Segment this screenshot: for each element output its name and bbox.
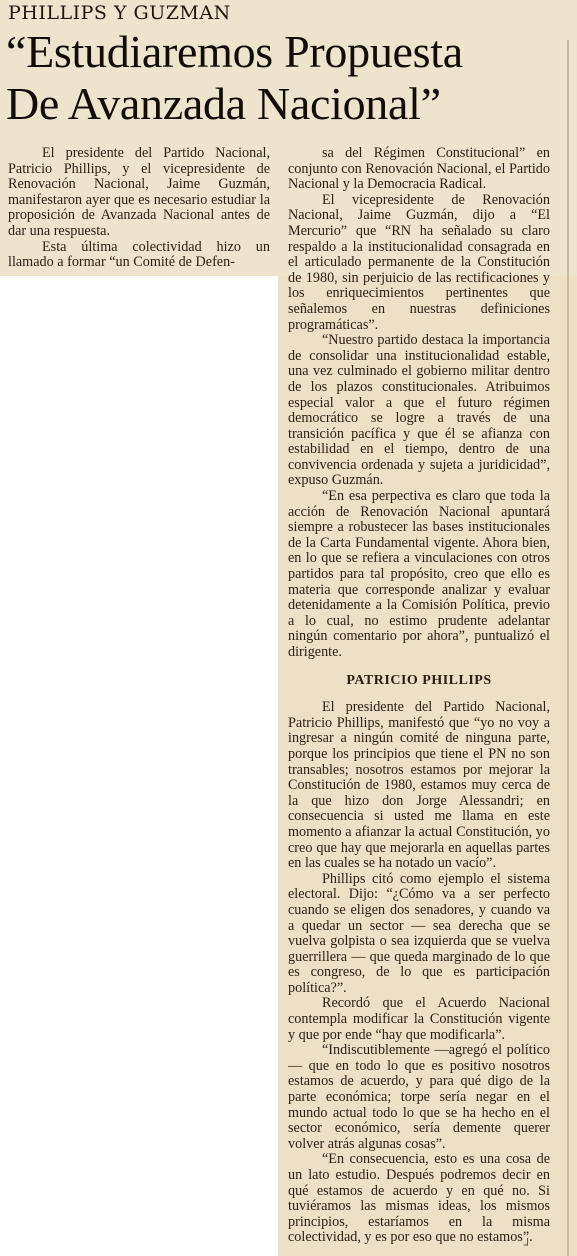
paragraph: Recordó que el Acuerdo Nacional contempl…: [288, 996, 550, 1043]
paragraph: El vicepresidente de Renovación Nacional…: [288, 193, 550, 333]
paragraph: “En consecuencia, esto es una cosa de un…: [288, 1152, 550, 1246]
paragraph: “En esa perpectiva es claro que toda la …: [288, 489, 550, 661]
scan-mark-icon: ┘: [524, 1238, 538, 1252]
paragraph: sa del Régimen Constitucional” en conjun…: [288, 146, 550, 193]
left-column: El presidente del Partido Nacional, Patr…: [8, 146, 270, 271]
paragraph: Esta última colectividad hizo un llamado…: [8, 240, 270, 271]
article-headline: “Estudiaremos Propuesta De Avanzada Naci…: [6, 26, 576, 130]
headline-line-2: De Avanzada Nacional”: [6, 78, 576, 130]
right-column: sa del Régimen Constitucional” en conjun…: [288, 146, 550, 1246]
paragraph: El presidente del Partido Nacional, Patr…: [8, 146, 270, 240]
clipping-edge: [567, 40, 569, 1256]
paragraph: Phillips citó como ejemplo el sistema el…: [288, 872, 550, 997]
paragraph: “Indiscutiblemente —agregó el político— …: [288, 1043, 550, 1152]
article-kicker: PHILLIPS Y GUZMAN: [8, 2, 231, 24]
section-subhead: PATRICIO PHILLIPS: [288, 673, 550, 689]
headline-line-1: “Estudiaremos Propuesta: [6, 26, 576, 78]
paragraph: “Nuestro partido destaca la importancia …: [288, 333, 550, 489]
paragraph: El presidente del Partido Nacional, Patr…: [288, 700, 550, 872]
